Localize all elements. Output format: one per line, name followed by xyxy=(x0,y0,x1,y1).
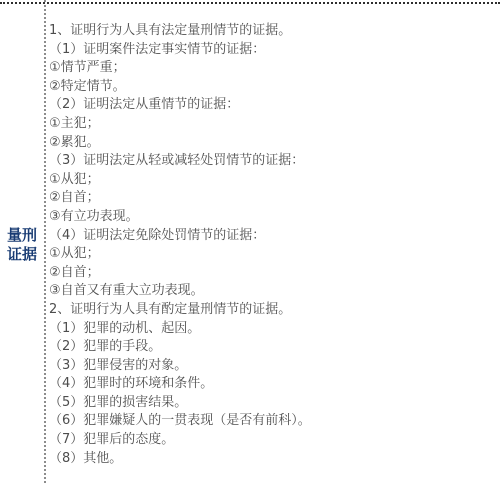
content-line: ③自首又有重大立功表现。 xyxy=(49,282,494,301)
content-line: ②特定情节。 xyxy=(49,78,494,97)
row-header-line-2: 证据 xyxy=(0,245,44,264)
content-line: ①主犯； xyxy=(49,115,494,134)
content-line: 1、证明行为人具有法定量刑情节的证据。 xyxy=(49,22,494,41)
content-line: ②自首； xyxy=(49,189,494,208)
content-line: ②自首； xyxy=(49,264,494,283)
content-line: ③有立功表现。 xyxy=(49,208,494,227)
content-line: （3）证明法定从轻或减轻处罚情节的证据： xyxy=(49,152,494,171)
content-line: （2）证明法定从重情节的证据： xyxy=(49,96,494,115)
row-header-line-1: 量刑 xyxy=(0,226,44,245)
row-header-cell: 量刑 证据 xyxy=(0,226,44,264)
content-line: （1）证明案件法定事实情节的证据： xyxy=(49,41,494,60)
content-line: ②累犯。 xyxy=(49,134,494,153)
content-line: （6）犯罪嫌疑人的一贯表现（是否有前科）。 xyxy=(49,412,494,431)
content-line: （2）犯罪的手段。 xyxy=(49,338,494,357)
content-line: 2、证明行为人具有酌定量刑情节的证据。 xyxy=(49,301,494,320)
table-top-border xyxy=(0,2,500,4)
content-cell: 1、证明行为人具有法定量刑情节的证据。 （1）证明案件法定事实情节的证据： ①情… xyxy=(49,22,494,468)
content-line: （5）犯罪的损害结果。 xyxy=(49,394,494,413)
document-page: 量刑 证据 1、证明行为人具有法定量刑情节的证据。 （1）证明案件法定事实情节的… xyxy=(0,0,500,483)
content-line: （7）犯罪后的态度。 xyxy=(49,431,494,450)
content-line: （3）犯罪侵害的对象。 xyxy=(49,357,494,376)
content-line: （1）犯罪的动机、起因。 xyxy=(49,320,494,339)
content-line: ①从犯； xyxy=(49,171,494,190)
content-line: （4）犯罪时的环境和条件。 xyxy=(49,375,494,394)
content-line: ①情节严重； xyxy=(49,59,494,78)
content-line: （8）其他。 xyxy=(49,450,494,469)
content-line: （4）证明法定免除处罚情节的证据： xyxy=(49,227,494,246)
content-line: ①从犯； xyxy=(49,245,494,264)
table-column-divider xyxy=(44,0,46,483)
